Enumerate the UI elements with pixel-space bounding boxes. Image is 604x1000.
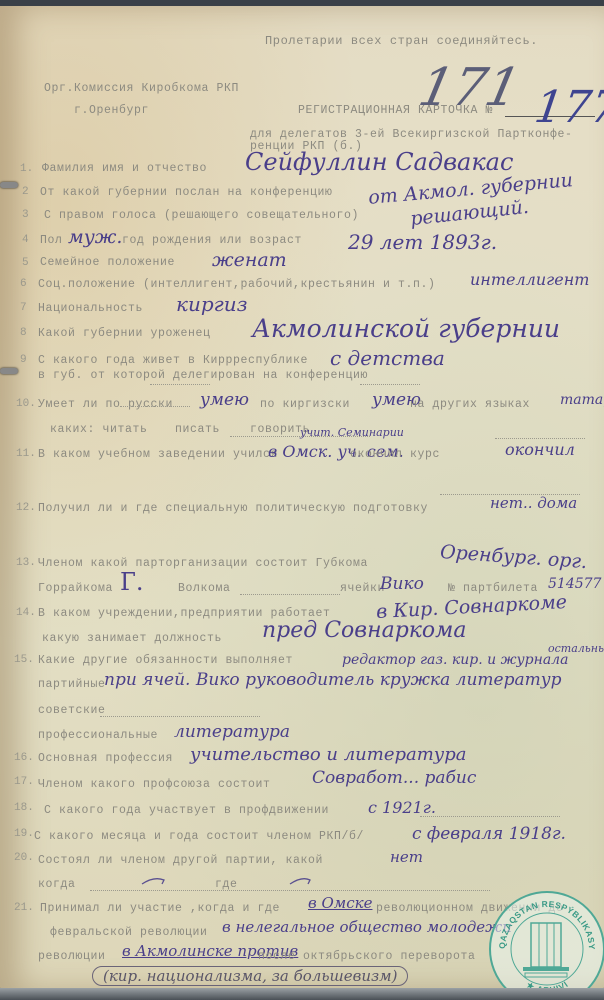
field-16-value: учительство и литература <box>190 744 467 765</box>
field-8-label: Какой губернии уроженец <box>38 327 211 340</box>
field-number: 18. <box>14 802 34 814</box>
field-number: 1. <box>20 163 33 175</box>
field-17-value: Совработ... рабис <box>312 768 476 788</box>
field-11-label: В каком учебном заведении учился <box>38 448 278 461</box>
field-21-label-3: февральской революции <box>50 926 208 939</box>
field-21-label: Принимал ли участие ,когда и где <box>40 902 280 915</box>
field-number: 4 <box>22 234 29 246</box>
field-number: 14. <box>16 607 36 619</box>
field-13-value-d: Вико <box>380 574 424 594</box>
field-number: 16. <box>14 752 34 764</box>
field-number: 13. <box>16 557 36 569</box>
field-number: 11. <box>16 448 36 460</box>
field-21-value-3: в нелегальное общество молодежи <box>222 918 512 936</box>
field-1-label: Фамилия имя и отчество <box>42 162 207 175</box>
field-21-value: в Омске <box>308 894 372 912</box>
archive-building-icon: QAZAQSTAN RESPÝBLIKASY PREZIDENTINIŃ ★ A… <box>491 893 603 1000</box>
field-16-label: Основная профессия <box>38 752 173 765</box>
field-8-value: Акмолинской губернии <box>252 314 560 343</box>
binder-ring-icon <box>0 182 18 188</box>
field-7-value: киргиз <box>176 292 248 316</box>
field-6-value: интеллигент <box>470 270 589 289</box>
slogan: Пролетарии всех стран соединяйтесь. <box>265 34 538 48</box>
field-14-label-b: какую занимает должность <box>42 632 222 645</box>
field-13-value-e: 514577 <box>548 576 601 592</box>
field-9-label-2: в губ. от которой делегирован на конфере… <box>38 369 368 382</box>
field-3-label: С правом голоса (решающего совещательног… <box>44 209 359 222</box>
field-number: 2 <box>22 186 29 198</box>
archive-stamp: QAZAQSTAN RESPÝBLIKASY PREZIDENTINIŃ ★ A… <box>489 891 604 1000</box>
field-number: 10. <box>16 398 36 410</box>
field-number: 5 <box>22 257 29 269</box>
dotted-line <box>120 406 190 407</box>
field-1-value: Сейфуллин Садвакас <box>245 148 513 176</box>
field-15-label: Какие другие обязанности выполняет <box>38 654 293 667</box>
field-19-value: с февраля 1918г. <box>412 824 566 844</box>
field-13-label-b: Горрайкома <box>38 582 113 595</box>
field-4-value-b: 29 лет 1893г. <box>348 230 497 254</box>
field-number: 20. <box>14 852 34 864</box>
field-10-label-b: по киргизски <box>260 398 350 411</box>
field-21-label-5: после октябрьского переворота <box>258 950 476 963</box>
field-13-value-b: Г. <box>120 568 144 596</box>
dotted-line <box>90 890 490 891</box>
field-4-value-a: муж. <box>68 226 122 248</box>
field-number: 6 <box>20 278 27 290</box>
field-number: 19. <box>14 828 34 840</box>
field-10-label-d: каких: читать <box>50 423 148 436</box>
field-21-label-4: революции <box>38 950 106 963</box>
dotted-line <box>240 594 340 595</box>
dotted-line <box>440 494 580 495</box>
dotted-line <box>360 384 420 385</box>
field-15-label-d: профессиональные <box>38 729 158 742</box>
field-10-label-c: на других языках <box>410 398 530 411</box>
field-15-label-c: советские <box>38 704 106 717</box>
field-2-label: От какой губернии послан на конференцию <box>40 186 333 199</box>
field-11-value-b: окончил <box>505 440 575 459</box>
field-13-value: Оренбург. орг. <box>439 541 587 573</box>
field-9-value: с детства <box>330 346 445 370</box>
field-15-value-d: литература <box>174 722 290 742</box>
field-12-value: нет.. дома <box>490 494 577 512</box>
field-18-value: с 1921г. <box>368 798 436 817</box>
org-line-1: Орг.Комиссия Киробкома РКП <box>44 82 239 95</box>
field-20-label: Состоял ли членом другой партии, какой <box>38 854 323 867</box>
field-10-label-e: писать <box>175 423 220 436</box>
field-number: 3 <box>22 209 29 221</box>
field-11-label-b: окончил курс <box>350 448 440 461</box>
field-15-label-b: партийные <box>38 678 106 691</box>
field-4-label-b: год рождения или возраст <box>122 234 302 247</box>
field-number: 9 <box>20 354 27 366</box>
field-number: 17. <box>14 776 34 788</box>
field-9-label: С какого года живет в Киррреспублике <box>38 354 308 367</box>
field-10-value-a: умею <box>200 390 249 410</box>
folder-edge <box>0 988 604 1000</box>
field-5-label: Семейное положение <box>40 256 175 269</box>
dotted-line <box>495 438 585 439</box>
field-12-label: Получил ли и где специальную политическу… <box>38 502 428 515</box>
registration-number-hand-2: 177 <box>531 82 604 133</box>
field-13-label-c: Волкома <box>178 582 231 595</box>
field-18-label: С какого года участвует в профдвижении <box>44 804 329 817</box>
org-line-2: г.Оренбург <box>74 104 149 117</box>
field-5-value: женат <box>212 249 287 271</box>
document-page: Пролетарии всех стран соединяйтесь. Орг.… <box>0 6 604 991</box>
field-20-label-b: когда <box>38 878 76 891</box>
field-10-label-a: Умеет ли по русски <box>38 398 173 411</box>
field-11-value-sup: учит. Семинарии <box>300 426 404 439</box>
field-number: 12. <box>16 502 36 514</box>
svg-text:QAZAQSTAN RESPÝBLIKASY PREZIDE: QAZAQSTAN RESPÝBLIKASY PREZIDENTINIŃ <box>491 893 597 950</box>
field-number: 21. <box>14 902 34 914</box>
field-13-label: Членом какой парторганизации состоит Губ… <box>38 557 368 570</box>
field-14-value-b: пред Совнаркома <box>262 618 467 643</box>
dotted-line <box>150 384 210 385</box>
dash-scribble-icon <box>140 872 320 888</box>
field-4-label-a: Пол <box>40 234 63 247</box>
field-number: 8 <box>20 327 27 339</box>
field-6-label: Соц.положение (интеллигент,рабочий,крест… <box>38 278 436 291</box>
field-15-value-b: при ячей. Вико руководитель кружка литер… <box>104 670 561 690</box>
field-13-label-d: ячейки <box>340 582 385 595</box>
registration-number-hand-1: 171 <box>414 58 526 118</box>
field-17-label: Членом какого профсоюза состоит <box>38 778 271 791</box>
field-number: 7 <box>20 302 27 314</box>
dotted-line <box>100 716 260 717</box>
binder-ring-icon <box>0 368 18 374</box>
field-19-label: С какого месяца и года состоит членом РК… <box>34 830 364 843</box>
field-15-value: редактор газ. кир. и журнала <box>342 652 568 668</box>
dotted-line <box>420 816 560 817</box>
field-10-value-c: татар. <box>560 392 604 408</box>
field-number: 15. <box>14 654 34 666</box>
field-21-value-5: (кир. национализма, за большевизм) <box>92 966 408 986</box>
field-7-label: Национальность <box>38 302 143 315</box>
field-20-value: нет <box>390 848 423 866</box>
